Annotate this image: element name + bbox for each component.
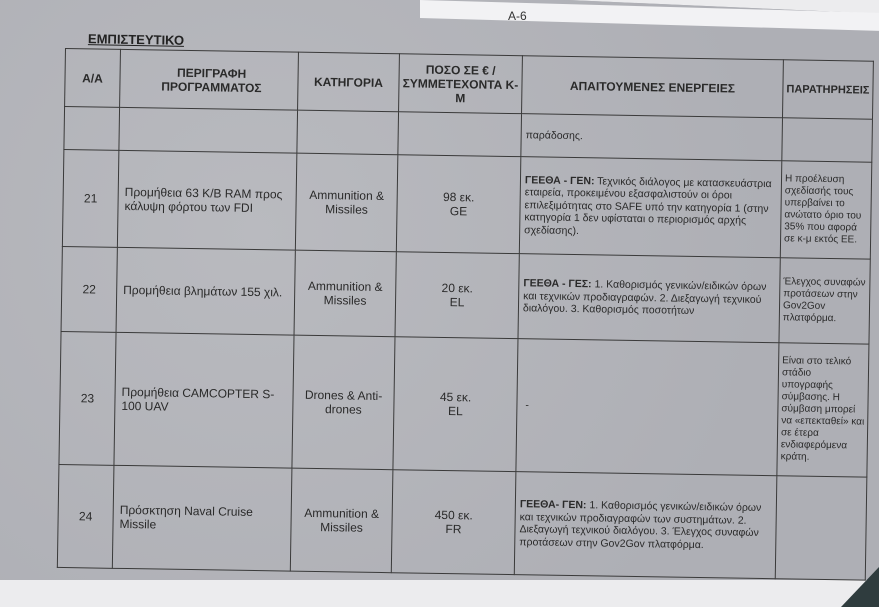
category-text: Ammunition & Missiles [308,279,383,308]
description-text: Προμήθεια 63 Κ/Β RAM προς κάλυψη φόρτου … [124,185,282,215]
description-text: Προμήθεια βλημάτων 155 χιλ. [123,283,282,299]
table-row: 24Πρόσκτηση Naval Cruise MissileAmmuniti… [57,464,867,580]
actions-lead: ΓΕΕΘΑ - ΓΕΣ: [523,277,591,290]
continuation-actions: παράδοσης. [521,114,783,161]
remarks-text: Η προέλευση σχεδίασής τους υπερβαίνει το… [784,173,861,245]
program-amount: 20 εκ.EL [395,252,519,339]
header-amount: ΠΟΣΟ ΣΕ € / ΣΥΜΜΕΤΕΧΟΝΤΑ Κ-Μ [399,54,523,114]
required-actions: ΓΕΕΘΑ- ΓΕΝ: 1. Καθορισμός γενικών/ειδικώ… [514,472,777,579]
countries-text: EL [395,403,515,419]
table-row: 22Προμήθεια βλημάτων 155 χιλ.Ammunition … [61,246,870,344]
countries-text: FR [393,521,513,537]
classification-label: ΕΜΠΙΣΤΕΥΤΙΚΟ [88,31,184,48]
row-number-text: 21 [84,191,98,205]
remarks: Είναι στο τελικό στάδιο υπογραφής σύμβασ… [777,343,869,477]
program-category: Ammunition & Missiles [290,468,393,573]
remarks [775,476,867,580]
row-number: 24 [57,464,114,568]
header-remarks: ΠΑΡΑΤΗΡΗΣΕΙΣ [782,60,873,119]
header-aa: Α/Α [65,49,121,108]
row-number-text: 22 [82,282,96,296]
table-row: 21Προμήθεια 63 Κ/Β RAM προς κάλυψη φόρτο… [62,149,871,259]
program-description: Προμήθεια 63 Κ/Β RAM προς κάλυψη φόρτου … [117,150,297,250]
header-actions: ΑΠΑΙΤΟΥΜΕΝΕΣ ΕΝΕΡΓΕΙΕΣ [522,56,784,118]
program-amount: 45 εκ.EL [393,337,518,472]
required-actions: ΓΕΕΘΑ - ΓΕΝ: Τεχνικός διάλογος με κατασκ… [519,157,781,258]
program-category: Ammunition & Missiles [294,250,396,337]
program-category: Ammunition & Missiles [295,153,398,252]
required-actions: ΓΕΕΘΑ - ΓΕΣ: 1. Καθορισμός γενικών/ειδικ… [518,254,780,343]
row-number-text: 24 [79,509,93,523]
header-category: ΚΑΤΗΓΟΡΙΑ [298,52,400,112]
program-description: Πρόσκτηση Naval Cruise Missile [112,465,292,571]
header-description: ΠΕΡΙΓΡΑΦΗ ΠΡΟΓΡΑΜΜΑΤΟΣ [120,49,299,110]
category-text: Ammunition & Missiles [309,188,384,217]
description-text: Προμήθεια CAMCOPTER S-100 UAV [121,385,274,414]
remarks-text: Είναι στο τελικό στάδιο υπογραφής σύμβασ… [781,355,865,462]
actions-lead: ΓΕΕΘΑ- ΓΕΝ: [520,498,587,511]
program-amount: 98 εκ.GE [396,155,521,254]
remarks: Έλεγχος συναφών προτάσεων στην Gov2Gov π… [779,258,870,344]
actions-lead: ΓΕΕΘΑ - ΓΕΝ: [525,174,595,187]
row-number-text: 23 [81,391,95,405]
page-reference: A-6 [508,9,527,23]
actions-text: - [525,399,529,411]
description-text: Πρόσκτηση Naval Cruise Missile [119,503,253,532]
category-text: Drones & Anti-drones [305,388,383,417]
row-number: 22 [61,246,117,332]
category-text: Ammunition & Missiles [304,506,379,535]
program-amount: 450 εκ.FR [391,470,516,575]
programs-table: Α/Α ΠΕΡΙΓΡΑΦΗ ΠΡΟΓΡΑΜΜΑΤΟΣ ΚΑΤΗΓΟΡΙΑ ΠΟΣ… [57,48,874,581]
countries-text: GE [398,203,518,219]
row-number: 23 [59,331,116,465]
program-description: Προμήθεια CAMCOPTER S-100 UAV [114,332,294,468]
required-actions: - [516,339,779,476]
program-description: Προμήθεια βλημάτων 155 χιλ. [116,247,295,335]
remarks-text: Έλεγχος συναφών προτάσεων στην Gov2Gov π… [783,276,866,324]
program-category: Drones & Anti-drones [292,335,395,470]
remarks: Η προέλευση σχεδίασής τους υπερβαίνει το… [780,161,871,259]
countries-text: EL [397,294,517,310]
document-table-wrapper: Α/Α ΠΕΡΙΓΡΑΦΗ ΠΡΟΓΡΑΜΜΑΤΟΣ ΚΑΤΗΓΟΡΙΑ ΠΟΣ… [57,48,874,581]
table-row: 23Προμήθεια CAMCOPTER S-100 UAVDrones & … [59,331,869,477]
row-number: 21 [62,149,119,247]
